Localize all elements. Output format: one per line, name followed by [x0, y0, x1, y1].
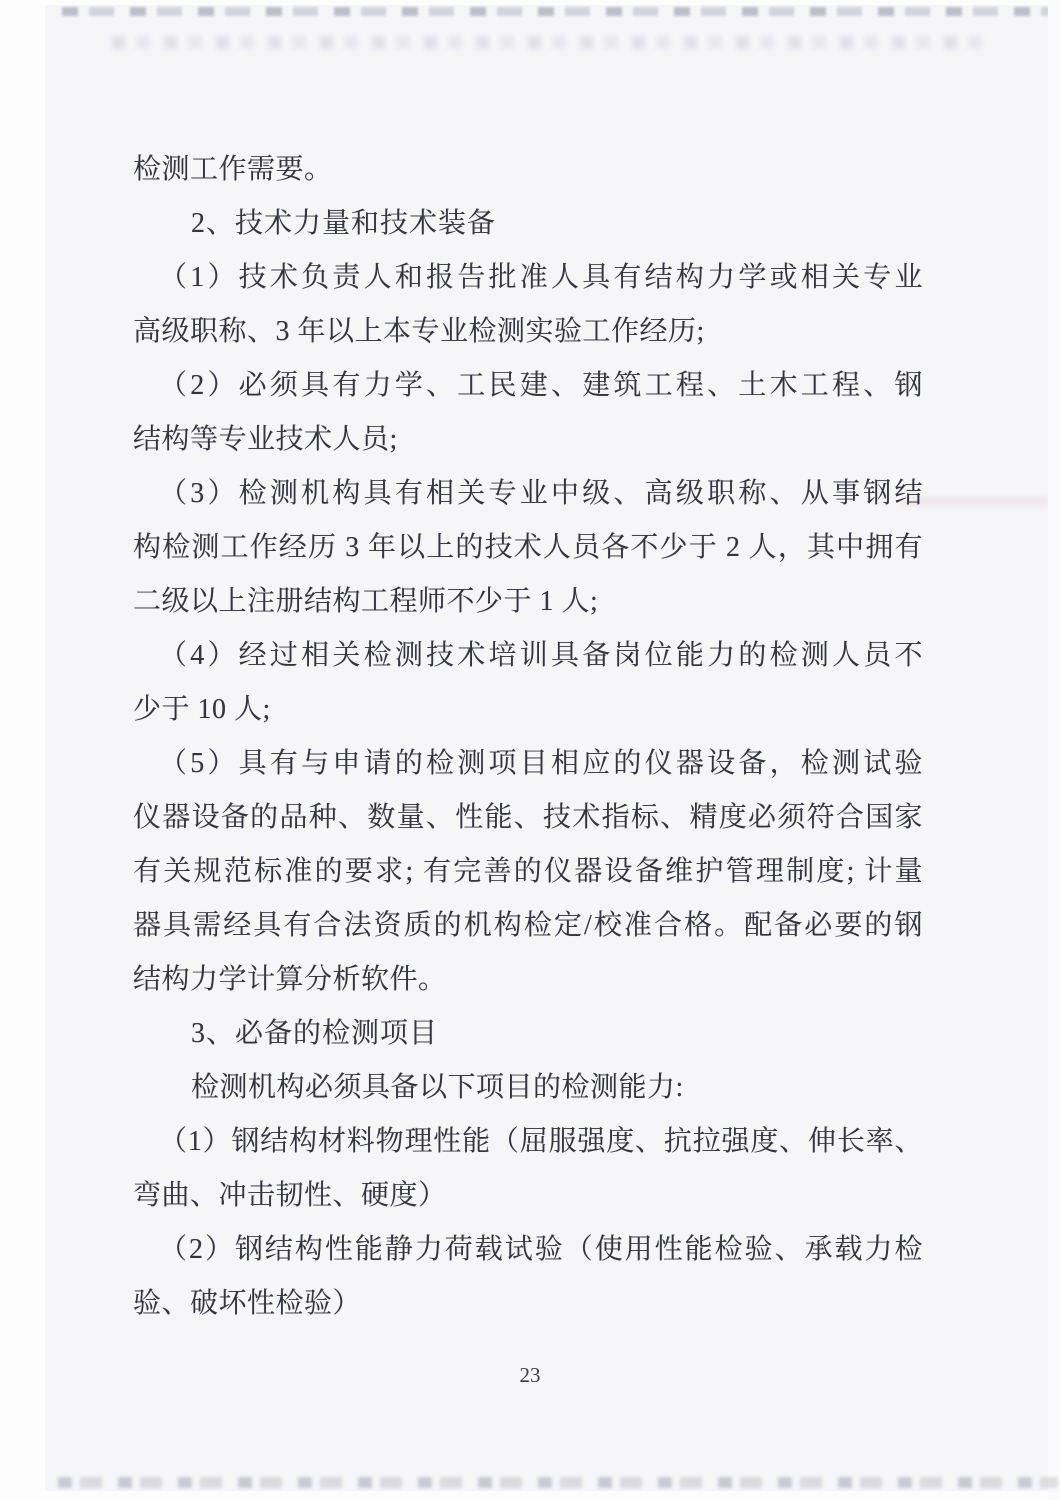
text-line: 有关规范标准的要求; 有完善的仪器设备维护管理制度; 计量	[133, 845, 923, 899]
section-heading: 2、技术力量和技术装备	[133, 197, 923, 251]
text-line: 结构等专业技术人员;	[133, 413, 923, 467]
text-line: 二级以上注册结构工程师不少于 1 人;	[133, 575, 923, 629]
scan-top-edge-artifact	[62, 7, 1052, 16]
document-body: 检测工作需要。 2、技术力量和技术装备 （1）技术负责人和报告批准人具有结构力学…	[133, 143, 923, 1331]
text-line: （5）具有与申请的检测项目相应的仪器设备，检测试验	[133, 737, 923, 791]
text-line: （2）钢结构性能静力荷载试验（使用性能检验、承载力检	[133, 1223, 923, 1277]
text-line: 验、破坏性检验）	[133, 1277, 923, 1331]
text-line: 仪器设备的品种、数量、性能、技术指标、精度必须符合国家	[133, 791, 923, 845]
text-line: （1）钢结构材料物理性能（屈服强度、抗拉强度、伸长率、	[133, 1115, 923, 1169]
bleed-through-ghost-text	[112, 36, 992, 49]
scanned-document-page: 检测工作需要。 2、技术力量和技术装备 （1）技术负责人和报告批准人具有结构力学…	[0, 0, 1060, 1500]
text-line: 结构力学计算分析软件。	[133, 953, 923, 1007]
text-line: （1）技术负责人和报告批准人具有结构力学或相关专业	[133, 251, 923, 305]
text-line: 弯曲、冲击韧性、硬度）	[133, 1169, 923, 1223]
text-line: （4）经过相关检测技术培训具备岗位能力的检测人员不	[133, 629, 923, 683]
text-line: （3）检测机构具有相关专业中级、高级职称、从事钢结	[133, 467, 923, 521]
scan-right-edge	[1048, 0, 1060, 1500]
section-heading: 3、必备的检测项目	[133, 1007, 923, 1061]
scan-bottom-edge-artifact	[58, 1477, 1058, 1488]
text-line: 器具需经具有合法资质的机构检定/校准合格。配备必要的钢	[133, 899, 923, 953]
text-line: 构检测工作经历 3 年以上的技术人员各不少于 2 人，其中拥有	[133, 521, 923, 575]
text-line: 少于 10 人;	[133, 683, 923, 737]
text-line: 检测工作需要。	[133, 143, 923, 197]
page-number: 23	[0, 1363, 1060, 1388]
text-line: 高级职称、3 年以上本专业检测实验工作经历;	[133, 305, 923, 359]
text-line: 检测机构必须具备以下项目的检测能力:	[133, 1061, 923, 1115]
text-line: （2）必须具有力学、工民建、建筑工程、土木工程、钢	[133, 359, 923, 413]
